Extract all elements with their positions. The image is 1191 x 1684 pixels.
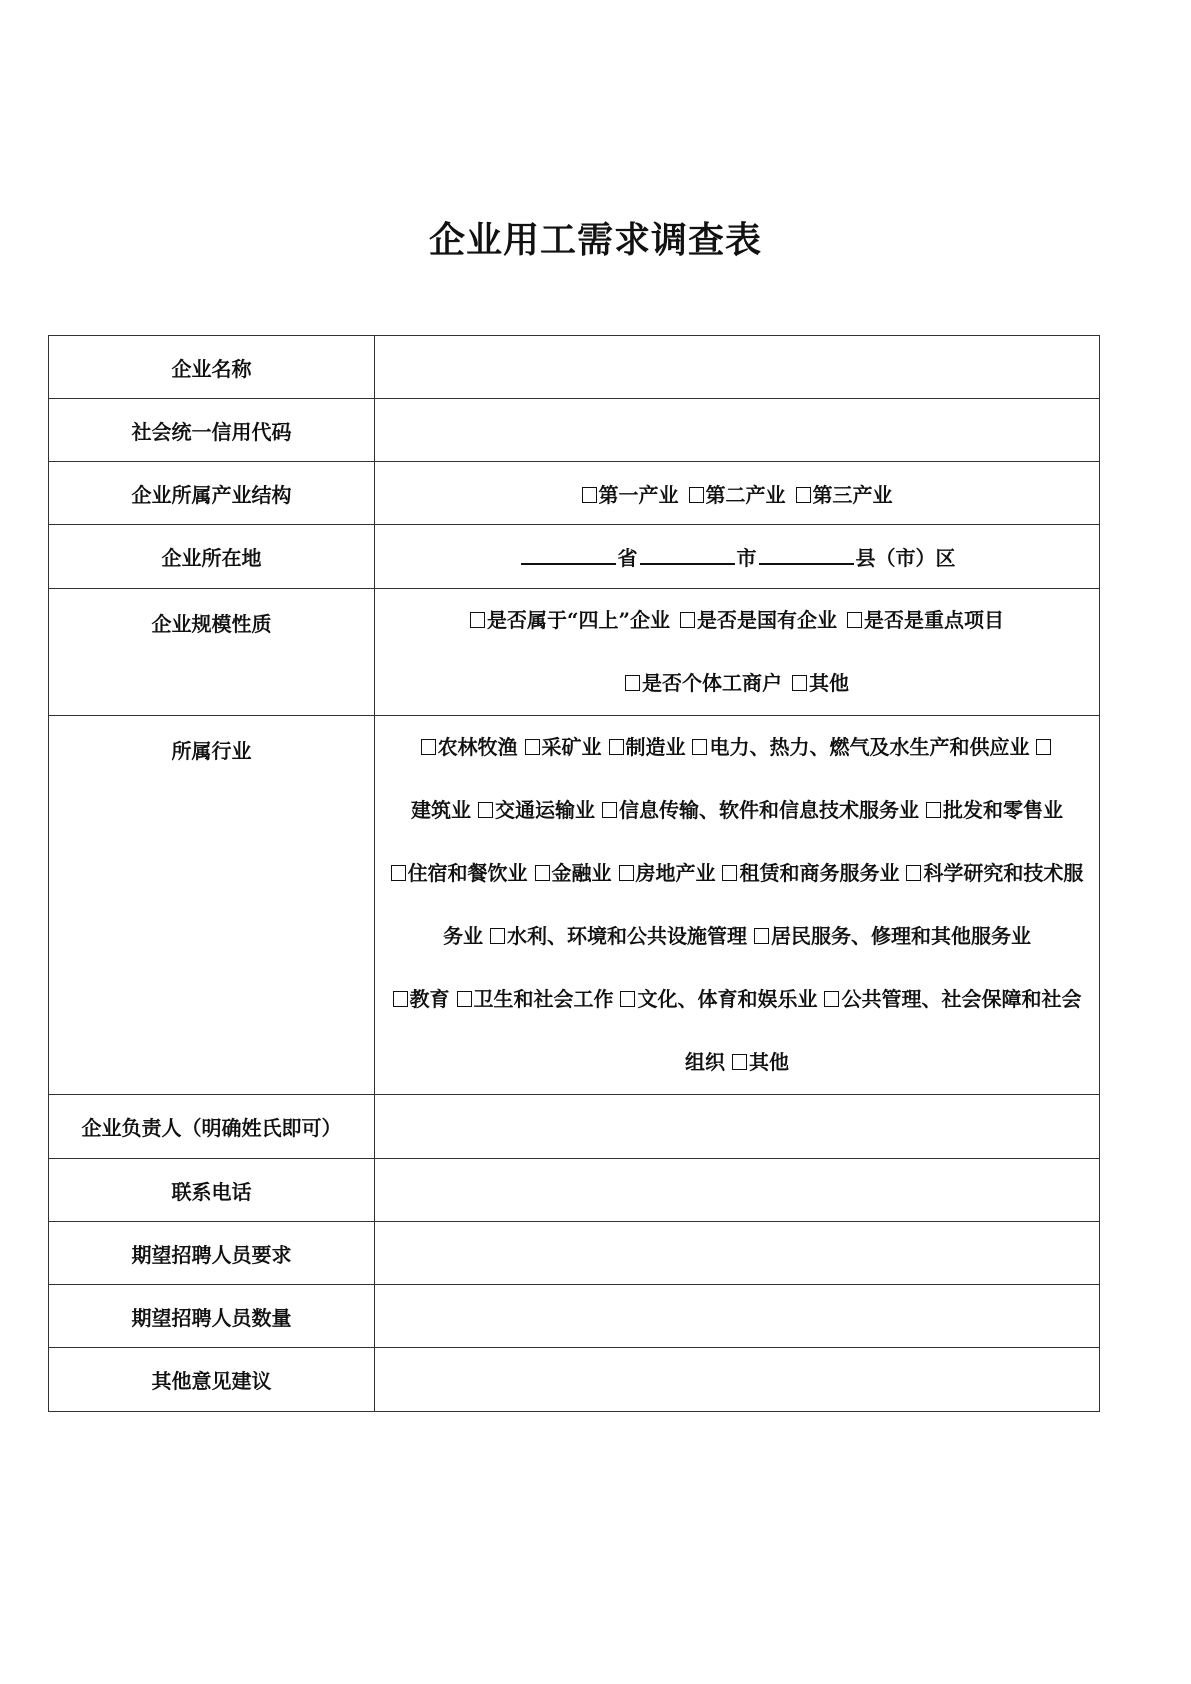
city-blank[interactable] <box>640 545 735 565</box>
option-hospitality[interactable]: 住宿和餐饮业 <box>391 861 528 885</box>
field-scale-nature: 是否属于“四上”企业是否是国有企业是否是重点项目 是否个体工商户其他 <box>375 589 1100 716</box>
checkbox-icon[interactable] <box>478 802 493 818</box>
checkbox-icon[interactable] <box>792 675 807 691</box>
label-location: 企业所在地 <box>49 525 375 589</box>
label-industry: 所属行业 <box>49 716 375 1095</box>
label-industry-structure: 企业所属产业结构 <box>49 462 375 525</box>
option-scale-other[interactable]: 其他 <box>792 671 849 695</box>
checkbox-icon[interactable] <box>796 487 811 503</box>
option-finance[interactable]: 金融业 <box>535 861 612 885</box>
checkbox-icon[interactable] <box>535 865 550 881</box>
option-industry-other[interactable]: 其他 <box>732 1050 789 1074</box>
checkbox-icon[interactable] <box>906 865 921 881</box>
field-person-in-charge[interactable] <box>375 1095 1100 1159</box>
option-it-services[interactable]: 信息传输、软件和信息技术服务业 <box>602 798 919 822</box>
option-leasing-business[interactable]: 租赁和商务服务业 <box>722 861 899 885</box>
checkbox-icon[interactable] <box>620 991 635 1007</box>
checkbox-icon[interactable] <box>619 865 634 881</box>
option-culture-sports[interactable]: 文化、体育和娱乐业 <box>620 987 817 1011</box>
row-credit-code: 社会统一信用代码 <box>49 399 1100 462</box>
option-key-project[interactable]: 是否是重点项目 <box>847 608 1004 632</box>
label-hiring-quantity: 期望招聘人员数量 <box>49 1285 375 1348</box>
label-hiring-requirements: 期望招聘人员要求 <box>49 1222 375 1285</box>
option-four-above[interactable]: 是否属于“四上”企业 <box>470 608 670 632</box>
checkbox-icon[interactable] <box>824 991 839 1007</box>
label-person-in-charge: 企业负责人（明确姓氏即可） <box>49 1095 375 1159</box>
checkbox-icon[interactable] <box>602 802 617 818</box>
row-industry: 所属行业 农林牧渔 采矿业 制造业 电力、热力、燃气及水生产和供应业 建筑业 交… <box>49 716 1100 1095</box>
row-phone: 联系电话 <box>49 1159 1100 1222</box>
field-credit-code[interactable] <box>375 399 1100 462</box>
checkbox-icon[interactable] <box>847 612 862 628</box>
checkbox-icon[interactable] <box>754 928 769 944</box>
option-utilities[interactable]: 电力、热力、燃气及水生产和供应业 <box>692 735 1029 759</box>
option-mining[interactable]: 采矿业 <box>525 735 602 759</box>
field-industry-structure: 第一产业第二产业第三产业 <box>375 462 1100 525</box>
field-other-suggestions[interactable] <box>375 1348 1100 1412</box>
checkbox-icon[interactable] <box>1036 739 1051 755</box>
option-agriculture[interactable]: 农林牧渔 <box>421 735 518 759</box>
checkbox-icon[interactable] <box>692 739 707 755</box>
label-other-suggestions: 其他意见建议 <box>49 1348 375 1412</box>
option-education[interactable]: 教育 <box>393 987 450 1011</box>
checkbox-icon[interactable] <box>393 991 408 1007</box>
survey-form-table: 企业名称 社会统一信用代码 企业所属产业结构 第一产业第二产业第三产业 企业所在… <box>48 335 1100 1412</box>
document-title: 企业用工需求调查表 <box>0 218 1191 262</box>
option-individual-business[interactable]: 是否个体工商户 <box>625 671 782 695</box>
checkbox-icon[interactable] <box>391 865 406 881</box>
checkbox-icon[interactable] <box>732 1054 747 1070</box>
field-location: 省市县（市）区 <box>375 525 1100 589</box>
option-health-social[interactable]: 卫生和社会工作 <box>457 987 614 1011</box>
option-real-estate[interactable]: 房地产业 <box>619 861 716 885</box>
label-company-name: 企业名称 <box>49 336 375 399</box>
checkbox-icon[interactable] <box>457 991 472 1007</box>
checkbox-icon[interactable] <box>625 675 640 691</box>
option-transport[interactable]: 交通运输业 <box>478 798 595 822</box>
field-hiring-quantity[interactable] <box>375 1285 1100 1348</box>
row-industry-structure: 企业所属产业结构 第一产业第二产业第三产业 <box>49 462 1100 525</box>
field-company-name[interactable] <box>375 336 1100 399</box>
label-credit-code: 社会统一信用代码 <box>49 399 375 462</box>
row-location: 企业所在地 省市县（市）区 <box>49 525 1100 589</box>
checkbox-icon[interactable] <box>609 739 624 755</box>
checkbox-icon[interactable] <box>490 928 505 944</box>
checkbox-icon[interactable] <box>421 739 436 755</box>
checkbox-icon[interactable] <box>582 487 597 503</box>
checkbox-icon[interactable] <box>722 865 737 881</box>
checkbox-icon[interactable] <box>689 487 704 503</box>
option-manufacturing[interactable]: 制造业 <box>609 735 686 759</box>
county-blank[interactable] <box>759 545 854 565</box>
row-other-suggestions: 其他意见建议 <box>49 1348 1100 1412</box>
checkbox-icon[interactable] <box>680 612 695 628</box>
checkbox-icon[interactable] <box>470 612 485 628</box>
option-resident-services[interactable]: 居民服务、修理和其他服务业 <box>754 924 1031 948</box>
option-water-environment[interactable]: 水利、环境和公共设施管理 <box>490 924 747 948</box>
row-scale-nature: 企业规模性质 是否属于“四上”企业是否是国有企业是否是重点项目 是否个体工商户其… <box>49 589 1100 716</box>
option-tertiary-industry[interactable]: 第三产业 <box>796 483 893 507</box>
row-person-in-charge: 企业负责人（明确姓氏即可） <box>49 1095 1100 1159</box>
label-phone: 联系电话 <box>49 1159 375 1222</box>
field-hiring-requirements[interactable] <box>375 1222 1100 1285</box>
checkbox-icon[interactable] <box>926 802 941 818</box>
row-hiring-quantity: 期望招聘人员数量 <box>49 1285 1100 1348</box>
province-blank[interactable] <box>521 545 616 565</box>
label-scale-nature: 企业规模性质 <box>49 589 375 716</box>
option-primary-industry[interactable]: 第一产业 <box>582 483 679 507</box>
field-industry: 农林牧渔 采矿业 制造业 电力、热力、燃气及水生产和供应业 建筑业 交通运输业 … <box>375 716 1100 1095</box>
option-state-owned[interactable]: 是否是国有企业 <box>680 608 837 632</box>
option-wholesale-retail[interactable]: 批发和零售业 <box>926 798 1063 822</box>
option-construction[interactable]: 建筑业 <box>411 798 471 822</box>
row-hiring-requirements: 期望招聘人员要求 <box>49 1222 1100 1285</box>
checkbox-icon[interactable] <box>525 739 540 755</box>
option-secondary-industry[interactable]: 第二产业 <box>689 483 786 507</box>
field-phone[interactable] <box>375 1159 1100 1222</box>
row-company-name: 企业名称 <box>49 336 1100 399</box>
